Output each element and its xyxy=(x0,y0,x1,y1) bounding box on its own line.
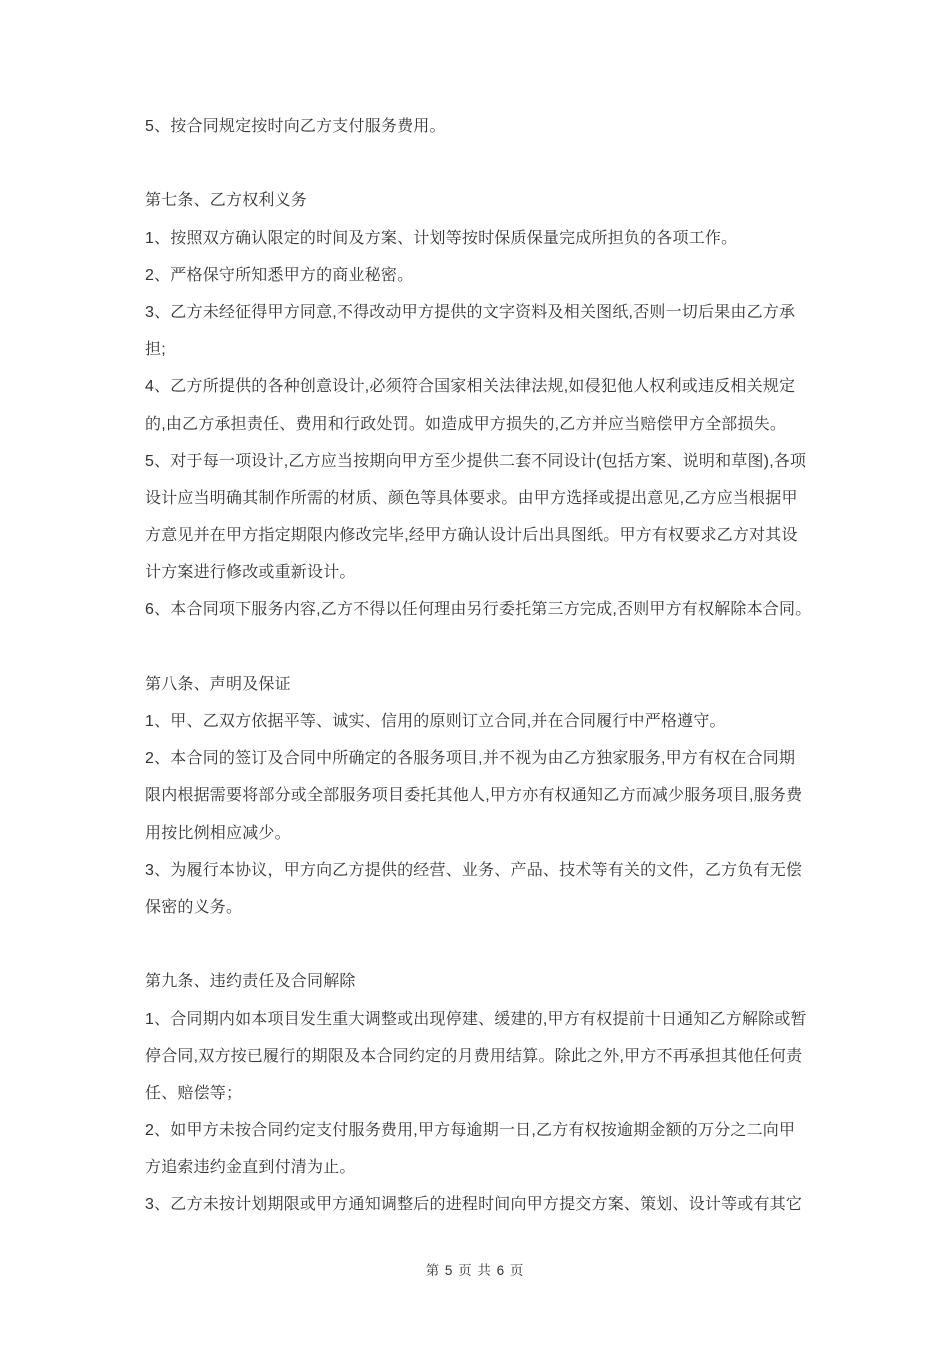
paragraph-line: 3、乙方未经征得甲方同意,不得改动甲方提供的文字资料及相关图纸,否则一切后果由乙… xyxy=(145,294,905,331)
paragraph-line: 2、本合同的签订及合同中所确定的各服务项目,并不视为由乙方独家服务,甲方有权在合… xyxy=(145,740,905,777)
paragraph-line: 3、乙方未按计划期限或甲方通知调整后的进程时间向甲方提交方案、策划、设计等或有其… xyxy=(145,1186,905,1223)
paragraph-line: 的,由乙方承担责任、费用和行政处罚。如造成甲方损失的,乙方并应当赔偿甲方全部损失… xyxy=(145,406,905,443)
paragraph-line: 2、严格保守所知悉甲方的商业秘密。 xyxy=(145,257,905,294)
paragraph-line: 保密的义务。 xyxy=(145,889,905,926)
section-heading: 第八条、声明及保证 xyxy=(145,666,905,703)
section-heading: 第七条、乙方权利义务 xyxy=(145,182,905,219)
paragraph-line: 设计应当明确其制作所需的材质、颜色等具体要求。由甲方选择或提出意见,乙方应当根据… xyxy=(145,480,905,517)
paragraph-line: 3、为履行本协议，甲方向乙方提供的经营、业务、产品、技术等有关的文件，乙方负有无… xyxy=(145,852,905,889)
paragraph-line: 用按比例相应减少。 xyxy=(145,815,905,852)
blank-line xyxy=(145,629,905,666)
document-body: 5、按合同规定按时向乙方支付服务费用。第七条、乙方权利义务1、按照双方确认限定的… xyxy=(0,0,905,1224)
paragraph-line: 方意见并在甲方指定期限内修改完毕,经甲方确认设计后出具图纸。甲方有权要求乙方对其… xyxy=(145,517,905,554)
paragraph-line: 1、合同期内如本项目发生重大调整或出现停建、缓建的,甲方有权提前十日通知乙方解除… xyxy=(145,1001,905,1038)
contract-document-page: 5、按合同规定按时向乙方支付服务费用。第七条、乙方权利义务1、按照双方确认限定的… xyxy=(0,0,950,1346)
paragraph-line: 5、对于每一项设计,乙方应当按期向甲方至少提供二套不同设计(包括方案、说明和草图… xyxy=(145,443,905,480)
paragraph-line: 计方案进行修改或重新设计。 xyxy=(145,554,905,591)
paragraph-line: 2、如甲方未按合同约定支付服务费用,甲方每逾期一日,乙方有权按逾期金额的万分之二… xyxy=(145,1112,905,1149)
paragraph-line: 担; xyxy=(145,331,905,368)
paragraph-line: 6、本合同项下服务内容,乙方不得以任何理由另行委托第三方完成,否则甲方有权解除本… xyxy=(145,591,905,628)
section-heading: 第九条、违约责任及合同解除 xyxy=(145,963,905,1000)
page-footer: 第 5 页 共 6 页 xyxy=(0,1262,950,1280)
paragraph-line: 方追索违约金直到付清为止。 xyxy=(145,1149,905,1186)
paragraph-line: 限内根据需要将部分或全部服务项目委托其他人,甲方亦有权通知乙方而减少服务项目,服… xyxy=(145,777,905,814)
paragraph-line: 任、赔偿等； xyxy=(145,1075,905,1112)
blank-line xyxy=(145,926,905,963)
paragraph-line: 1、按照双方确认限定的时间及方案、计划等按时保质保量完成所担负的各项工作。 xyxy=(145,220,905,257)
paragraph-line: 5、按合同规定按时向乙方支付服务费用。 xyxy=(145,108,905,145)
paragraph-line: 1、甲、乙双方依据平等、诚实、信用的原则订立合同,并在合同履行中严格遵守。 xyxy=(145,703,905,740)
page-number-text: 第 5 页 共 6 页 xyxy=(426,1263,525,1278)
paragraph-line: 4、乙方所提供的各种创意设计,必须符合国家相关法律法规,如侵犯他人权利或违反相关… xyxy=(145,368,905,405)
blank-line xyxy=(145,145,905,182)
paragraph-line: 停合同,双方按已履行的期限及本合同约定的月费用结算。除此之外,甲方不再承担其他任… xyxy=(145,1038,905,1075)
